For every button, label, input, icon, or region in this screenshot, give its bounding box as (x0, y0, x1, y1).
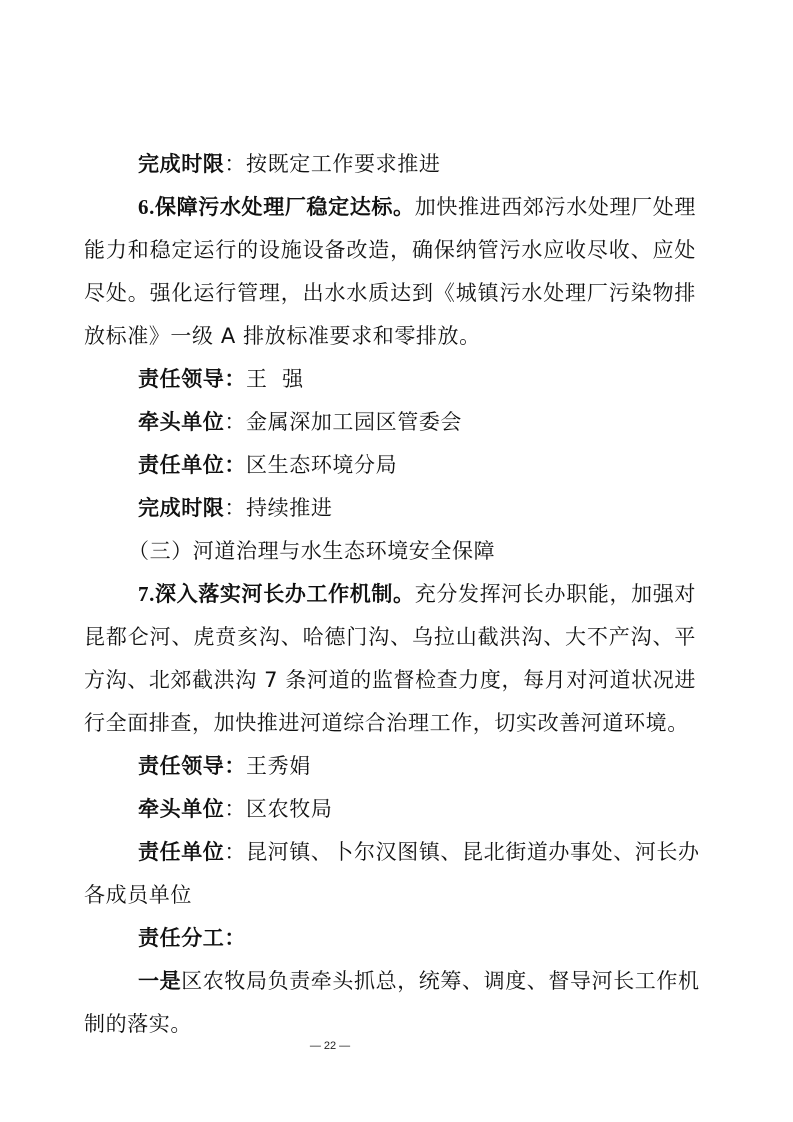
item-6-body-line: 放标准》一级 A 排放标准要求和零排放。 (84, 322, 696, 350)
field-value: 持续推进 (246, 496, 332, 520)
field-label: 牵头单位 (138, 410, 224, 434)
field-label: 完成时限 (138, 152, 224, 176)
lead-unit-row-2: 牵头单位：区农牧局 (138, 795, 696, 823)
field-value: 王秀娟 (246, 754, 311, 778)
deadline-row-1: 完成时限：按既定工作要求推进 (138, 150, 696, 178)
field-value: 王 强 (246, 367, 304, 391)
field-value: 按既定工作要求推进 (246, 152, 440, 176)
field-label: 牵头单位 (138, 797, 224, 821)
field-label: 完成时限 (138, 496, 224, 520)
field-label: 责任单位 (138, 453, 224, 477)
field-value: 区生态环境分局 (246, 453, 397, 477)
item-7-body-line: 行全面排查，加快推进河道综合治理工作，切实改善河道环境。 (84, 709, 696, 737)
field-label: 责任分工 (138, 926, 224, 950)
item-7-heading-line: 7.深入落实河长办工作机制。充分发挥河长办职能，加强对 (138, 580, 696, 608)
item-6-heading-line: 6.保障污水处理厂稳定达标。加快推进西郊污水处理厂处理 (138, 193, 696, 221)
item-6-body-line: 能力和稳定运行的设施设备改造，确保纳管污水应收尽收、应处 (84, 236, 696, 264)
responsible-unit-row-2: 责任单位：昆河镇、卜尔汉图镇、昆北街道办事处、河长办 (138, 838, 696, 866)
duty-one-continuation: 制的落实。 (84, 1010, 696, 1038)
field-value: 区农牧局 (246, 797, 332, 821)
duty-lead: 一是 (138, 969, 181, 993)
leader-row-2: 责任领导：王秀娟 (138, 752, 696, 780)
item-7-body-line: 方沟、北郊截洪沟 7 条河道的监督检查力度，每月对河道状况进 (84, 666, 696, 694)
field-value: 金属深加工园区管委会 (246, 410, 462, 434)
item-title: 保障污水处理厂稳定达标。 (155, 195, 415, 219)
item-6-body-line: 尽处。强化运行管理，出水水质达到《城镇污水处理厂污染物排 (84, 279, 696, 307)
division-of-duties-heading: 责任分工： (138, 924, 696, 952)
field-label: 责任领导 (138, 367, 224, 391)
item-number: 7. (138, 582, 155, 606)
duty-one-line: 一是区农牧局负责牵头抓总，统筹、调度、督导河长工作机 (138, 967, 696, 995)
page-number: — 22 — (280, 1040, 380, 1052)
leader-row-1: 责任领导：王 强 (138, 365, 696, 393)
document-page: 完成时限：按既定工作要求推进 6.保障污水处理厂稳定达标。加快推进西郊污水处理厂… (0, 0, 793, 1122)
deadline-row-2: 完成时限：持续推进 (138, 494, 696, 522)
responsible-unit-continuation: 各成员单位 (84, 881, 696, 909)
item-number: 6. (138, 195, 155, 219)
item-7-body-line: 昆都仑河、虎贲亥沟、哈德门沟、乌拉山截洪沟、大不产沟、平 (84, 623, 696, 651)
field-label: 责任领导 (138, 754, 224, 778)
item-title: 深入落实河长办工作机制。 (155, 582, 415, 606)
field-value: 昆河镇、卜尔汉图镇、昆北街道办事处、河长办 (246, 840, 700, 864)
responsible-unit-row-1: 责任单位：区生态环境分局 (138, 451, 696, 479)
field-label: 责任单位 (138, 840, 224, 864)
lead-unit-row-1: 牵头单位：金属深加工园区管委会 (138, 408, 696, 436)
section-heading-3: （三）河道治理与水生态环境安全保障 (128, 537, 740, 565)
